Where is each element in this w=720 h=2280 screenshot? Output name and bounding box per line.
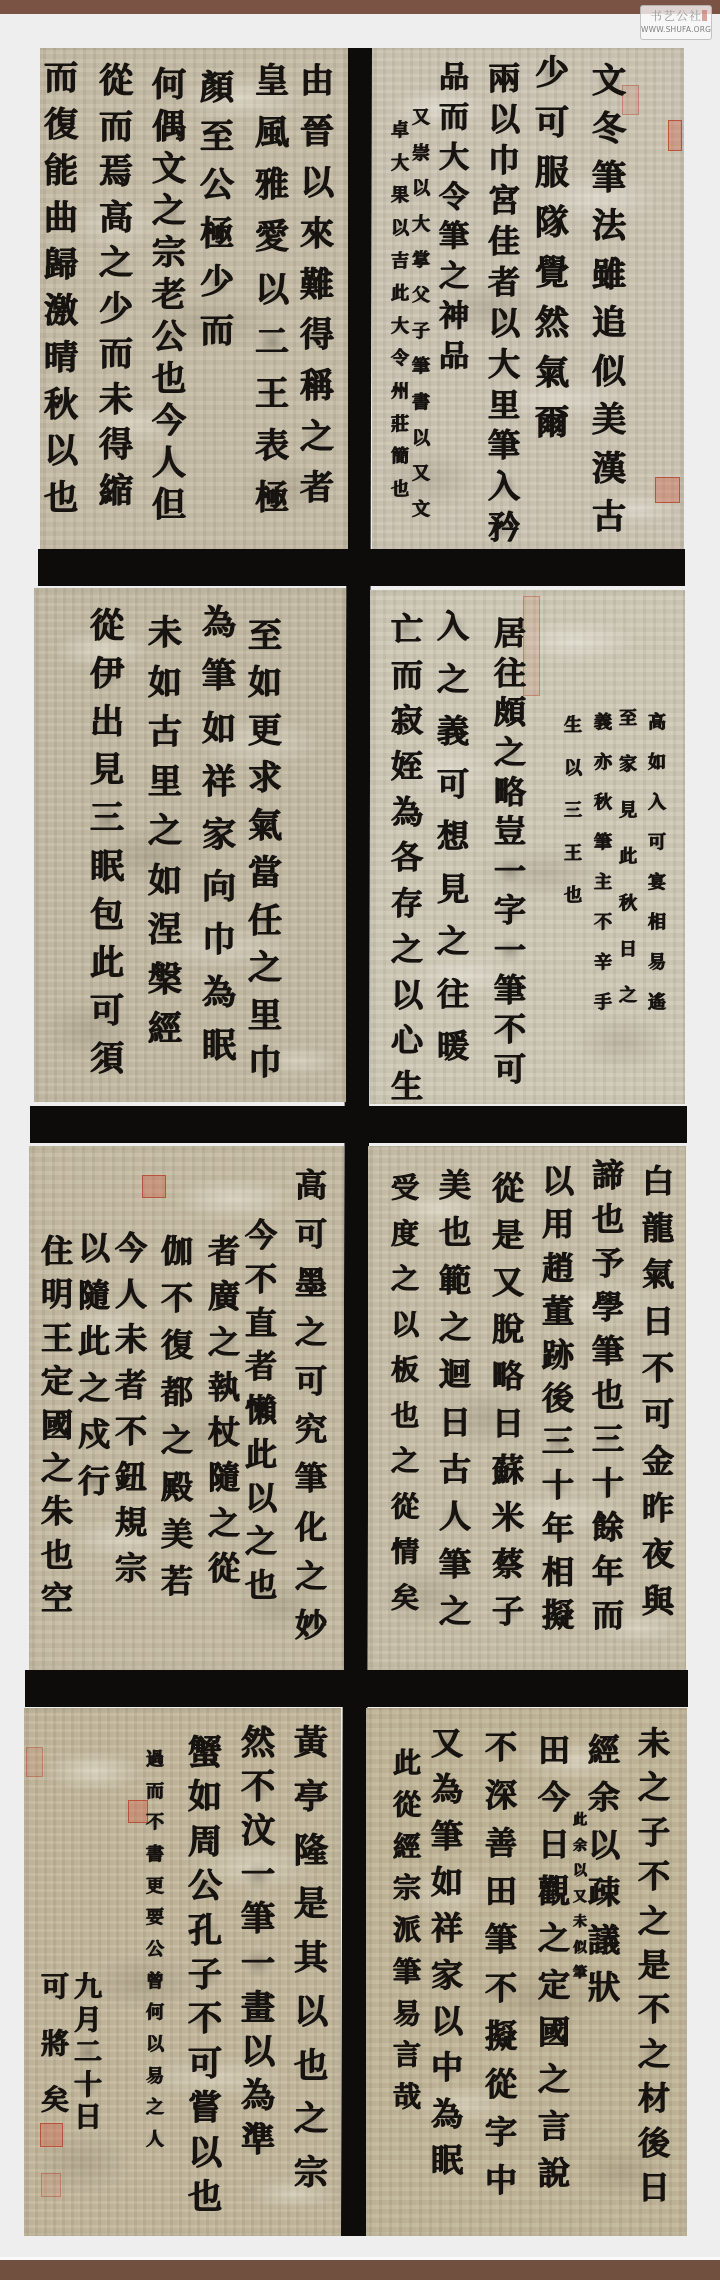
calligraphy-glyph: 與: [642, 1585, 674, 1617]
text-column: 今不直者懶此以之也: [245, 1219, 277, 1601]
calligraphy-glyph: 宴: [648, 874, 666, 892]
calligraphy-glyph: 服: [535, 156, 569, 190]
calligraphy-glyph: 白: [642, 1165, 674, 1197]
calligraphy-glyph: 然: [535, 306, 569, 340]
artist-signature: 可將矣: [41, 1973, 69, 2114]
calligraphy-glyph: 之: [538, 2063, 570, 2095]
calligraphy-glyph: 高: [99, 201, 133, 235]
calligraphy-glyph: 以: [300, 166, 334, 200]
calligraphy-glyph: 姪: [391, 750, 423, 782]
calligraphy-glyph: 今: [245, 1219, 277, 1251]
calligraphy-glyph: 稱: [300, 369, 334, 403]
calligraphy-glyph: 以: [241, 2035, 275, 2069]
text-column: 高可墨之可究筆化之妙: [295, 1169, 327, 1641]
calligraphy-glyph: 巾: [202, 923, 236, 957]
calligraphy-glyph: 更: [146, 1878, 164, 1896]
calligraphy-glyph: 也: [245, 1569, 277, 1601]
calligraphy-glyph: 美: [161, 1518, 193, 1550]
calligraphy-glyph: 入: [488, 470, 520, 502]
calligraphy-glyph: 為: [241, 2079, 275, 2113]
calligraphy-glyph: 三: [90, 801, 124, 835]
calligraphy-glyph: 筆: [241, 1902, 275, 1936]
calligraphy-glyph: 寂: [391, 704, 423, 736]
calligraphy-glyph: 又: [412, 109, 430, 127]
calligraphy-glyph: 可: [41, 1973, 69, 2001]
calligraphy-glyph: 此: [90, 946, 124, 980]
calligraphy-glyph: 莊: [391, 416, 409, 434]
calligraphy-glyph: 又: [412, 465, 430, 483]
red-seal-icon: [128, 1800, 148, 1823]
calligraphy-glyph: 者: [115, 1369, 147, 1401]
red-seal-icon: [668, 120, 682, 151]
calligraphy-glyph: 夜: [642, 1538, 674, 1570]
frame-horizontal-divider-3: [25, 1670, 688, 1707]
calligraphy-glyph: 愛: [255, 220, 289, 254]
top-border-bar: [0, 0, 720, 14]
calligraphy-glyph: 月: [74, 2006, 102, 2034]
calligraphy-glyph: 蘇: [492, 1454, 524, 1486]
calligraphy-glyph: 朱: [41, 1495, 73, 1527]
calligraphy-glyph: 如: [148, 864, 182, 898]
calligraphy-glyph: 此: [619, 848, 637, 866]
calligraphy-glyph: 何: [152, 68, 186, 102]
calligraphy-glyph: 之: [99, 246, 133, 280]
calligraphy-glyph: 子: [492, 1595, 524, 1627]
calligraphy-glyph: 之: [208, 1326, 240, 1358]
calligraphy-glyph: 兩: [488, 62, 520, 94]
calligraphy-glyph: 年: [542, 1512, 574, 1544]
calligraphy-glyph: 如: [188, 1780, 222, 1814]
calligraphy-glyph: 激: [44, 294, 78, 328]
calligraphy-glyph: 可: [535, 106, 569, 140]
text-column: 入之義可想見之往暖: [437, 610, 469, 1062]
calligraphy-glyph: 從: [485, 2068, 517, 2100]
calligraphy-glyph: 相: [542, 1556, 574, 1588]
calligraphy-glyph: 居: [494, 617, 526, 649]
calligraphy-glyph: 可: [437, 768, 469, 800]
calligraphy-glyph: 令: [439, 183, 469, 213]
calligraphy-glyph: 復: [44, 108, 78, 142]
calligraphy-glyph: 殿: [161, 1471, 193, 1503]
calligraphy-glyph: 日: [642, 1305, 674, 1337]
calligraphy-glyph: 隨: [208, 1461, 240, 1493]
calligraphy-glyph: 定: [538, 1969, 570, 2001]
calligraphy-glyph: 之: [146, 2099, 164, 2117]
calligraphy-glyph: 生: [564, 717, 582, 735]
calligraphy-glyph: 簡: [391, 448, 409, 466]
calligraphy-glyph: 槃: [148, 963, 182, 997]
calligraphy-glyph: 以: [245, 1482, 277, 1514]
calligraphy-glyph: 易: [146, 2068, 164, 2086]
calligraphy-glyph: 不: [594, 914, 612, 932]
calligraphy-glyph: 筆: [592, 161, 626, 195]
text-column: 由晉以來難得稱之者: [300, 64, 334, 505]
calligraphy-glyph: 入: [437, 610, 469, 642]
text-column: 住明王定國之朱也空: [41, 1235, 73, 1614]
calligraphy-glyph: 以: [44, 434, 78, 468]
calligraphy-glyph: 經: [588, 1734, 620, 1766]
calligraphy-glyph: 言: [538, 2110, 570, 2142]
calligraphy-glyph: 者: [245, 1350, 277, 1382]
calligraphy-glyph: 未: [573, 1915, 587, 1929]
calligraphy-glyph: 也: [391, 481, 409, 499]
calligraphy-glyph: 能: [44, 154, 78, 188]
calligraphy-panel-row3-left: 高可墨之可究筆化之妙 今不直者懶此以之也 者廣之執杖隨之從 伽不復都之殿美若 今…: [29, 1146, 344, 1670]
calligraphy-glyph: 大: [391, 318, 409, 336]
calligraphy-glyph: 板: [391, 1356, 419, 1384]
text-column: 諦也予學筆也三十餘年而: [592, 1159, 624, 1631]
calligraphy-glyph: 九: [74, 1973, 102, 2001]
calligraphy-glyph: 易: [648, 954, 666, 972]
calligraphy-glyph: 心: [391, 1024, 423, 1056]
calligraphy-glyph: 暖: [437, 1030, 469, 1062]
calligraphy-glyph: 佳: [488, 225, 520, 257]
watermark-seal-icon: [702, 10, 707, 21]
calligraphy-glyph: 覺: [535, 256, 569, 290]
calligraphy-glyph: 是: [492, 1219, 524, 1251]
calligraphy-glyph: 筆: [494, 974, 526, 1006]
calligraphy-glyph: 秋: [594, 794, 612, 812]
calligraphy-glyph: 想: [437, 820, 469, 852]
frame-horizontal-divider-2: [30, 1106, 687, 1143]
text-column: 品而大令筆之神品: [439, 63, 469, 372]
calligraphy-glyph: 矣: [41, 2086, 69, 2114]
calligraphy-glyph: 之: [245, 1525, 277, 1557]
calligraphy-glyph: 之: [295, 1316, 327, 1348]
calligraphy-glyph: 未: [638, 1727, 670, 1759]
calligraphy-glyph: 學: [592, 1291, 624, 1323]
calligraphy-glyph: 中: [431, 2051, 463, 2083]
calligraphy-glyph: 為: [431, 1773, 463, 1805]
calligraphy-glyph: 龍: [642, 1212, 674, 1244]
calligraphy-glyph: 日: [538, 1828, 570, 1860]
calligraphy-glyph: 範: [439, 1264, 471, 1296]
calligraphy-glyph: 公: [152, 320, 186, 354]
calligraphy-glyph: 也: [41, 1539, 73, 1571]
calligraphy-glyph: 亭: [294, 1780, 328, 1814]
text-column: 受度之以板也之從情矣: [391, 1174, 419, 1612]
calligraphy-glyph: 也: [188, 2180, 222, 2214]
calligraphy-glyph: 相: [648, 914, 666, 932]
calligraphy-glyph: 老: [152, 278, 186, 312]
calligraphy-glyph: 經: [148, 1012, 182, 1046]
calligraphy-glyph: 之: [437, 663, 469, 695]
calligraphy-glyph: 三: [564, 802, 582, 820]
calligraphy-glyph: 言: [393, 2041, 421, 2069]
calligraphy-glyph: 亦: [594, 754, 612, 772]
calligraphy-glyph: 為: [202, 976, 236, 1010]
calligraphy-glyph: 蔡: [492, 1548, 524, 1580]
calligraphy-glyph: 書: [146, 1846, 164, 1864]
calligraphy-glyph: 此: [391, 285, 409, 303]
calligraphy-glyph: 王: [255, 377, 289, 411]
calligraphy-glyph: 派: [393, 1916, 421, 1944]
calligraphy-glyph: 趙: [542, 1252, 574, 1284]
calligraphy-glyph: 顏: [200, 71, 234, 105]
calligraphy-glyph: 筆: [412, 358, 430, 376]
text-column: 蟹如周公孔子不可嘗以也: [188, 1736, 222, 2214]
calligraphy-glyph: 手: [594, 994, 612, 1012]
calligraphy-glyph: 執: [208, 1371, 240, 1403]
calligraphy-glyph: 也: [152, 362, 186, 396]
calligraphy-glyph: 由: [300, 64, 334, 98]
calligraphy-glyph: 可: [648, 834, 666, 852]
calligraphy-glyph: 者: [208, 1235, 240, 1267]
calligraphy-glyph: 筆: [573, 1966, 587, 1980]
calligraphy-glyph: 公: [146, 1941, 164, 1959]
calligraphy-glyph: 一: [241, 1947, 275, 1981]
text-column: 今人未者不鈕規宗: [115, 1232, 147, 1584]
calligraphy-glyph: 如: [202, 712, 236, 746]
calligraphy-glyph: 至: [248, 619, 282, 653]
calligraphy-glyph: 字: [494, 894, 526, 926]
calligraphy-glyph: 義: [594, 714, 612, 732]
calligraphy-glyph: 孔: [188, 1914, 222, 1948]
calligraphy-glyph: 今: [115, 1232, 147, 1264]
calligraphy-glyph: 之: [41, 1452, 73, 1484]
calligraphy-glyph: 以: [412, 180, 430, 198]
calligraphy-glyph: 此: [573, 1813, 587, 1827]
calligraphy-glyph: 之: [638, 1905, 670, 1937]
calligraphy-glyph: 其: [294, 1941, 328, 1975]
calligraphy-glyph: 古: [439, 1453, 471, 1485]
calligraphy-glyph: 日: [619, 941, 637, 959]
calligraphy-glyph: 以: [431, 2005, 463, 2037]
calligraphy-glyph: 此: [393, 1749, 421, 1777]
calligraphy-glyph: 行: [78, 1465, 110, 1497]
calligraphy-glyph: 見: [90, 753, 124, 787]
calligraphy-glyph: 祥: [431, 1912, 463, 1944]
calligraphy-glyph: 此: [78, 1325, 110, 1357]
calligraphy-glyph: 法: [592, 209, 626, 243]
calligraphy-glyph: 蟹: [188, 1736, 222, 1770]
annotation-column: 此余以又未似筆: [573, 1813, 587, 1980]
calligraphy-glyph: 過: [146, 1751, 164, 1769]
text-column: 為筆如祥家向巾為眠: [202, 606, 236, 1063]
calligraphy-glyph: 人: [152, 446, 186, 480]
calligraphy-glyph: 疎: [588, 1876, 620, 1908]
calligraphy-glyph: 是: [638, 1949, 670, 1981]
calligraphy-glyph: 少: [200, 265, 234, 299]
calligraphy-glyph: 晉: [300, 115, 334, 149]
calligraphy-glyph: 隨: [78, 1279, 110, 1311]
text-column: 此從經宗派筆易言哉: [393, 1749, 421, 2111]
calligraphy-glyph: 須: [90, 1042, 124, 1076]
calligraphy-glyph: 家: [619, 756, 637, 774]
calligraphy-glyph: 迴: [439, 1358, 471, 1390]
calligraphy-glyph: 然: [241, 1726, 275, 1760]
calligraphy-glyph: 之: [148, 814, 182, 848]
calligraphy-glyph: 如: [248, 666, 282, 700]
calligraphy-glyph: 宗: [393, 1874, 421, 1902]
calligraphy-glyph: 不: [245, 1263, 277, 1295]
calligraphy-glyph: 中: [485, 2164, 517, 2196]
calligraphy-glyph: 可: [642, 1398, 674, 1430]
watermark-logo: 书艺公社 WWW.SHUFA.ORG: [640, 5, 712, 40]
calligraphy-glyph: 矜: [488, 511, 520, 543]
calligraphy-glyph: 更: [248, 714, 282, 748]
calligraphy-glyph: 之: [437, 925, 469, 957]
calligraphy-glyph: 至: [200, 120, 234, 154]
calligraphy-glyph: 眠: [90, 850, 124, 884]
calligraphy-glyph: 之: [439, 1311, 471, 1343]
calligraphy-glyph: 又: [573, 1890, 587, 1904]
date-inscription: 九月二十日: [74, 1973, 102, 2131]
calligraphy-glyph: 之: [208, 1507, 240, 1539]
calligraphy-glyph: 高: [648, 714, 666, 732]
calligraphy-glyph: 涅: [148, 913, 182, 947]
annotation-column: 生以三王也: [564, 717, 582, 905]
calligraphy-glyph: 者: [488, 266, 520, 298]
calligraphy-glyph: 出: [90, 705, 124, 739]
calligraphy-panel-row2-left: 至如更求氣當任之里巾 為筆如祥家向巾為眠 未如古里之如涅槃經 從伊出見三眠包此可…: [34, 588, 346, 1102]
calligraphy-glyph: 妙: [295, 1609, 327, 1641]
calligraphy-glyph: 筆: [485, 1923, 517, 1955]
calligraphy-glyph: 予: [592, 1247, 624, 1279]
calligraphy-glyph: 人: [146, 2131, 164, 2149]
calligraphy-glyph: 不: [115, 1415, 147, 1447]
calligraphy-glyph: 品: [439, 63, 469, 93]
calligraphy-glyph: 宗: [115, 1552, 147, 1584]
calligraphy-glyph: 畫: [241, 1991, 275, 2025]
annotation-column: 至家見此秋日之: [619, 710, 637, 1005]
text-column: 從而焉高之少而未得縮: [99, 64, 133, 508]
calligraphy-glyph: 以: [412, 430, 430, 448]
calligraphy-glyph: 明: [41, 1278, 73, 1310]
calligraphy-glyph: 廣: [208, 1280, 240, 1312]
calligraphy-glyph: 隆: [294, 1834, 328, 1868]
calligraphy-glyph: 隊: [535, 206, 569, 240]
frame-horizontal-divider-1: [38, 549, 685, 586]
calligraphy-glyph: 氣: [535, 356, 569, 390]
text-column: 田今日觀之定國之言說: [538, 1734, 570, 2189]
calligraphy-glyph: 眠: [431, 2144, 463, 2176]
calligraphy-glyph: 冬: [592, 112, 626, 146]
calligraphy-glyph: 以: [391, 979, 423, 1011]
calligraphy-glyph: 都: [161, 1376, 193, 1408]
calligraphy-glyph: 義: [437, 715, 469, 747]
calligraphy-glyph: 十: [592, 1467, 624, 1499]
calligraphy-glyph: 曲: [44, 201, 78, 235]
calligraphy-glyph: 墨: [295, 1267, 327, 1299]
text-column: 從伊出見三眠包此可須: [90, 609, 124, 1076]
calligraphy-glyph: 大: [488, 348, 520, 380]
calligraphy-glyph: 難: [300, 268, 334, 302]
bottom-border-bar: [0, 2260, 720, 2280]
calligraphy-glyph: 定: [41, 1365, 73, 1397]
calligraphy-glyph: 古: [592, 500, 626, 534]
calligraphy-glyph: 而: [200, 314, 234, 348]
calligraphy-glyph: 里: [248, 999, 282, 1033]
calligraphy-glyph: 矣: [391, 1584, 419, 1612]
calligraphy-glyph: 以: [588, 1829, 620, 1861]
calligraphy-glyph: 之: [638, 1771, 670, 1803]
calligraphy-glyph: 見: [619, 802, 637, 820]
calligraphy-glyph: 如: [431, 1866, 463, 1898]
calligraphy-glyph: 用: [542, 1208, 574, 1240]
calligraphy-glyph: 家: [431, 1959, 463, 1991]
calligraphy-glyph: 少: [535, 56, 569, 90]
calligraphy-glyph: 里: [148, 765, 182, 799]
calligraphy-glyph: 家: [202, 818, 236, 852]
calligraphy-glyph: 之: [391, 933, 423, 965]
calligraphy-glyph: 以: [391, 220, 409, 238]
red-seal-icon: [26, 1747, 43, 1777]
calligraphy-glyph: 大: [439, 143, 469, 173]
calligraphy-glyph: 二: [255, 325, 289, 359]
calligraphy-glyph: 田: [538, 1734, 570, 1766]
calligraphy-glyph: 易: [393, 2000, 421, 2028]
calligraphy-glyph: 準: [241, 2123, 275, 2157]
calligraphy-glyph: 黃: [294, 1726, 328, 1760]
calligraphy-glyph: 議: [588, 1924, 620, 1956]
calligraphy-glyph: 之: [439, 262, 469, 292]
calligraphy-glyph: 從: [90, 609, 124, 643]
calligraphy-glyph: 日: [638, 2171, 670, 2203]
calligraphy-glyph: 王: [564, 845, 582, 863]
calligraphy-glyph: 而: [391, 659, 423, 691]
calligraphy-glyph: 一: [241, 1858, 275, 1892]
calligraphy-glyph: 不: [241, 1770, 275, 1804]
text-column: 居往頗之略豈一字一筆不可: [494, 617, 526, 1085]
calligraphy-glyph: 也: [294, 2049, 328, 2083]
calligraphy-glyph: 也: [592, 1203, 624, 1235]
calligraphy-glyph: 從: [99, 64, 133, 98]
watermark-title: 书艺公社: [641, 9, 711, 23]
calligraphy-glyph: 未: [99, 383, 133, 417]
calligraphy-glyph: 筆: [295, 1462, 327, 1494]
calligraphy-glyph: 而: [439, 103, 469, 133]
calligraphy-glyph: 大: [412, 216, 430, 234]
calligraphy-glyph: 如: [648, 754, 666, 772]
calligraphy-glyph: 往: [437, 978, 469, 1010]
calligraphy-glyph: 不: [485, 1731, 517, 1763]
calligraphy-glyph: 空: [41, 1582, 73, 1614]
calligraphy-glyph: 日: [439, 1406, 471, 1438]
calligraphy-glyph: 偶: [152, 110, 186, 144]
calligraphy-glyph: 各: [391, 841, 423, 873]
calligraphy-glyph: 筆: [488, 429, 520, 461]
calligraphy-glyph: 諦: [592, 1159, 624, 1191]
calligraphy-glyph: 脫: [492, 1313, 524, 1345]
calligraphy-glyph: 品: [439, 342, 469, 372]
calligraphy-glyph: 余: [573, 1839, 587, 1853]
calligraphy-panel-row1-right: 文冬筆法雖追似美漢古 少可服隊覺然氣爾 兩以巾宮佳者以大里筆入矜 品而大令筆之神…: [372, 48, 684, 549]
calligraphy-glyph: 求: [248, 761, 282, 795]
text-column: 至如更求氣當任之里巾: [248, 619, 282, 1080]
calligraphy-glyph: 不: [485, 1972, 517, 2004]
calligraphy-glyph: 也: [564, 887, 582, 905]
calligraphy-glyph: 後: [638, 2127, 670, 2159]
calligraphy-glyph: 以: [488, 103, 520, 135]
calligraphy-glyph: 昨: [642, 1492, 674, 1524]
calligraphy-glyph: 為: [391, 796, 423, 828]
calligraphy-glyph: 文: [412, 501, 430, 519]
text-column: 何偶文之宗老公也今人但: [152, 68, 186, 522]
calligraphy-glyph: 日: [74, 2103, 102, 2131]
calligraphy-glyph: 情: [391, 1538, 419, 1566]
calligraphy-glyph: 筆: [439, 1548, 471, 1580]
calligraphy-glyph: 三: [592, 1423, 624, 1455]
calligraphy-glyph: 田: [485, 1875, 517, 1907]
text-column: 伽不復都之殿美若: [161, 1235, 193, 1597]
calligraphy-glyph: 氣: [248, 809, 282, 843]
calligraphy-glyph: 神: [439, 302, 469, 332]
calligraphy-glyph: 也: [44, 481, 78, 515]
calligraphy-glyph: 之: [638, 2038, 670, 2070]
calligraphy-panel-row3-right: 白龍氣日不可金昨夜與 諦也予學筆也三十餘年而 以用趙董跡後三十年相擬 從是又脫略…: [368, 1146, 686, 1670]
calligraphy-glyph: 之: [619, 987, 637, 1005]
